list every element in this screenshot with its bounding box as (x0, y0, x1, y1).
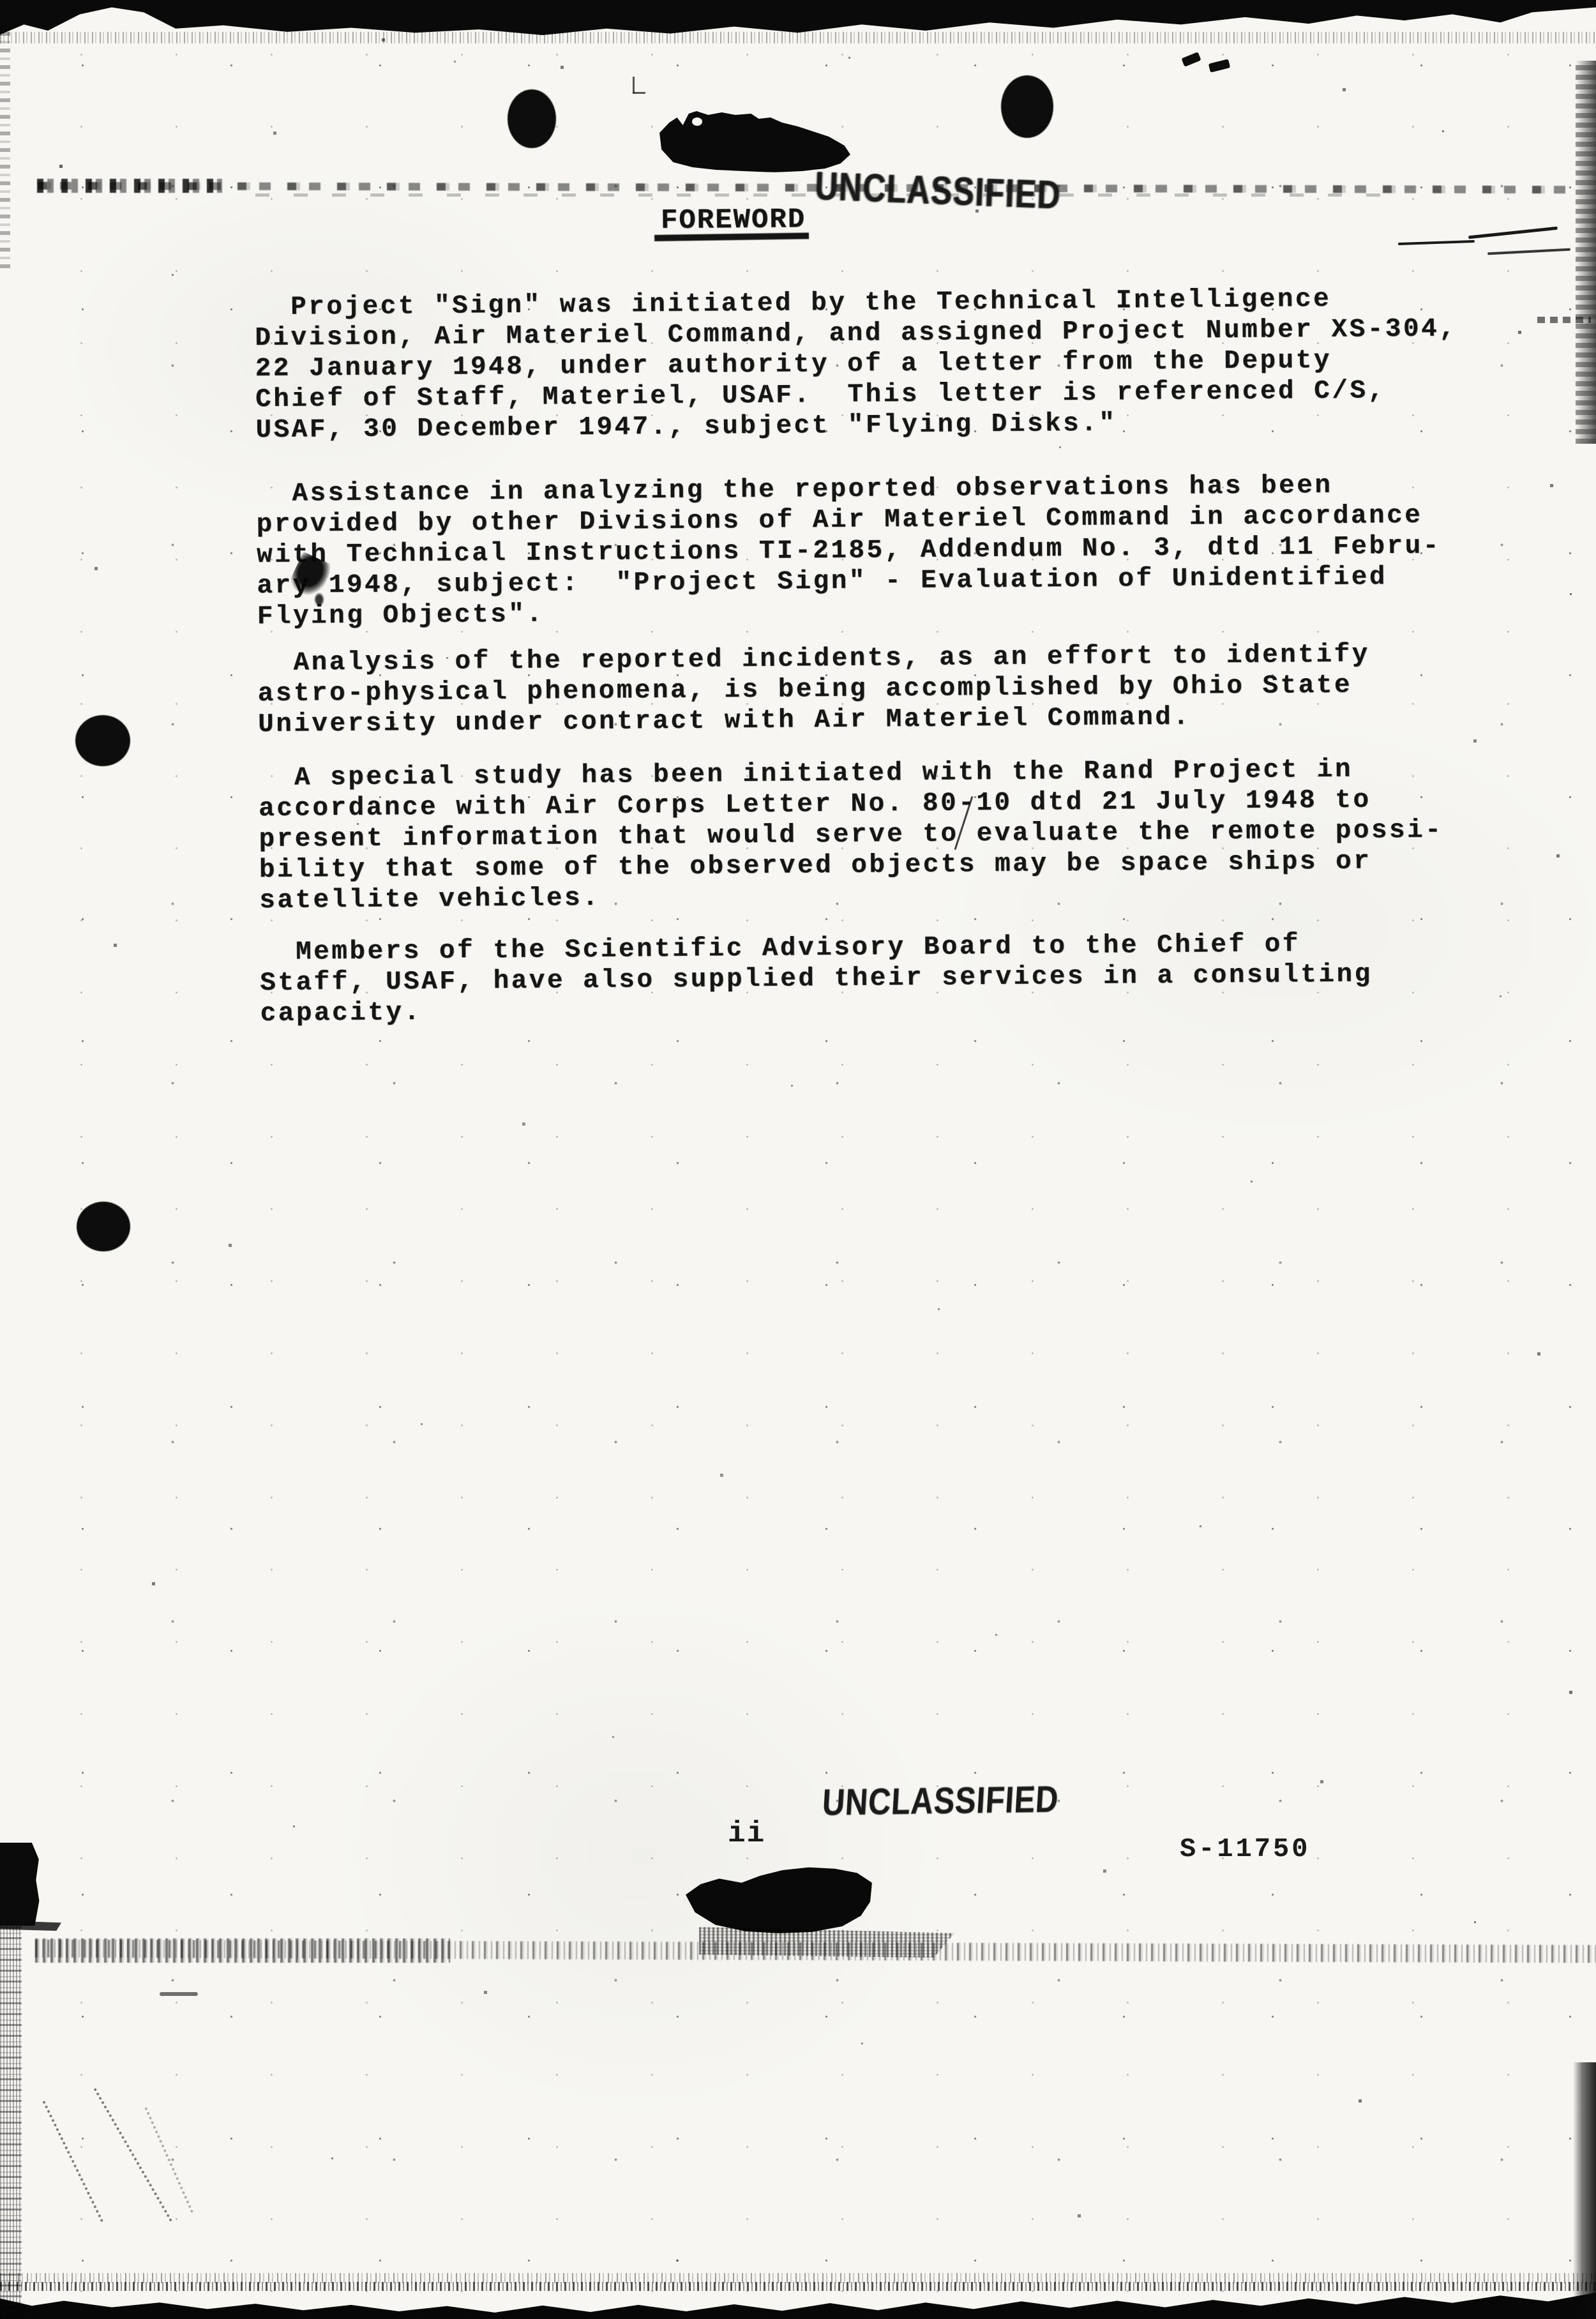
foreword-paragraph-4: A special study has been initiated with … (259, 753, 1473, 916)
pen-mark (633, 92, 645, 94)
document-number: S-11750 (1180, 1834, 1310, 1864)
foreword-paragraph-1: Project "Sign" was initiated by the Tech… (255, 283, 1469, 446)
document-page: UNCLASSIFIED FOREWORD Project "Sign" was… (0, 0, 1596, 2319)
foreword-paragraph-5: Members of the Scientific Advisory Board… (260, 928, 1473, 1029)
pen-mark (633, 77, 635, 93)
foreword-heading: FOREWORD (661, 204, 806, 237)
foreword-paragraph-2: Assistance in analyzing the reported obs… (256, 469, 1470, 632)
foreword-paragraph-3: Analysis of the reported incidents, as a… (257, 638, 1471, 740)
unclassified-stamp-bottom: UNCLASSIFIED (821, 1778, 1060, 1824)
ink-blot (314, 593, 324, 607)
stray-scribble (160, 1992, 198, 1996)
typewritten-text-layer: FOREWORD Project "Sign" was initiated by… (0, 0, 1596, 2319)
margin-dash-marks (1537, 317, 1591, 323)
scan-noise-band (35, 1938, 450, 1963)
page-number: ii (728, 1817, 765, 1850)
